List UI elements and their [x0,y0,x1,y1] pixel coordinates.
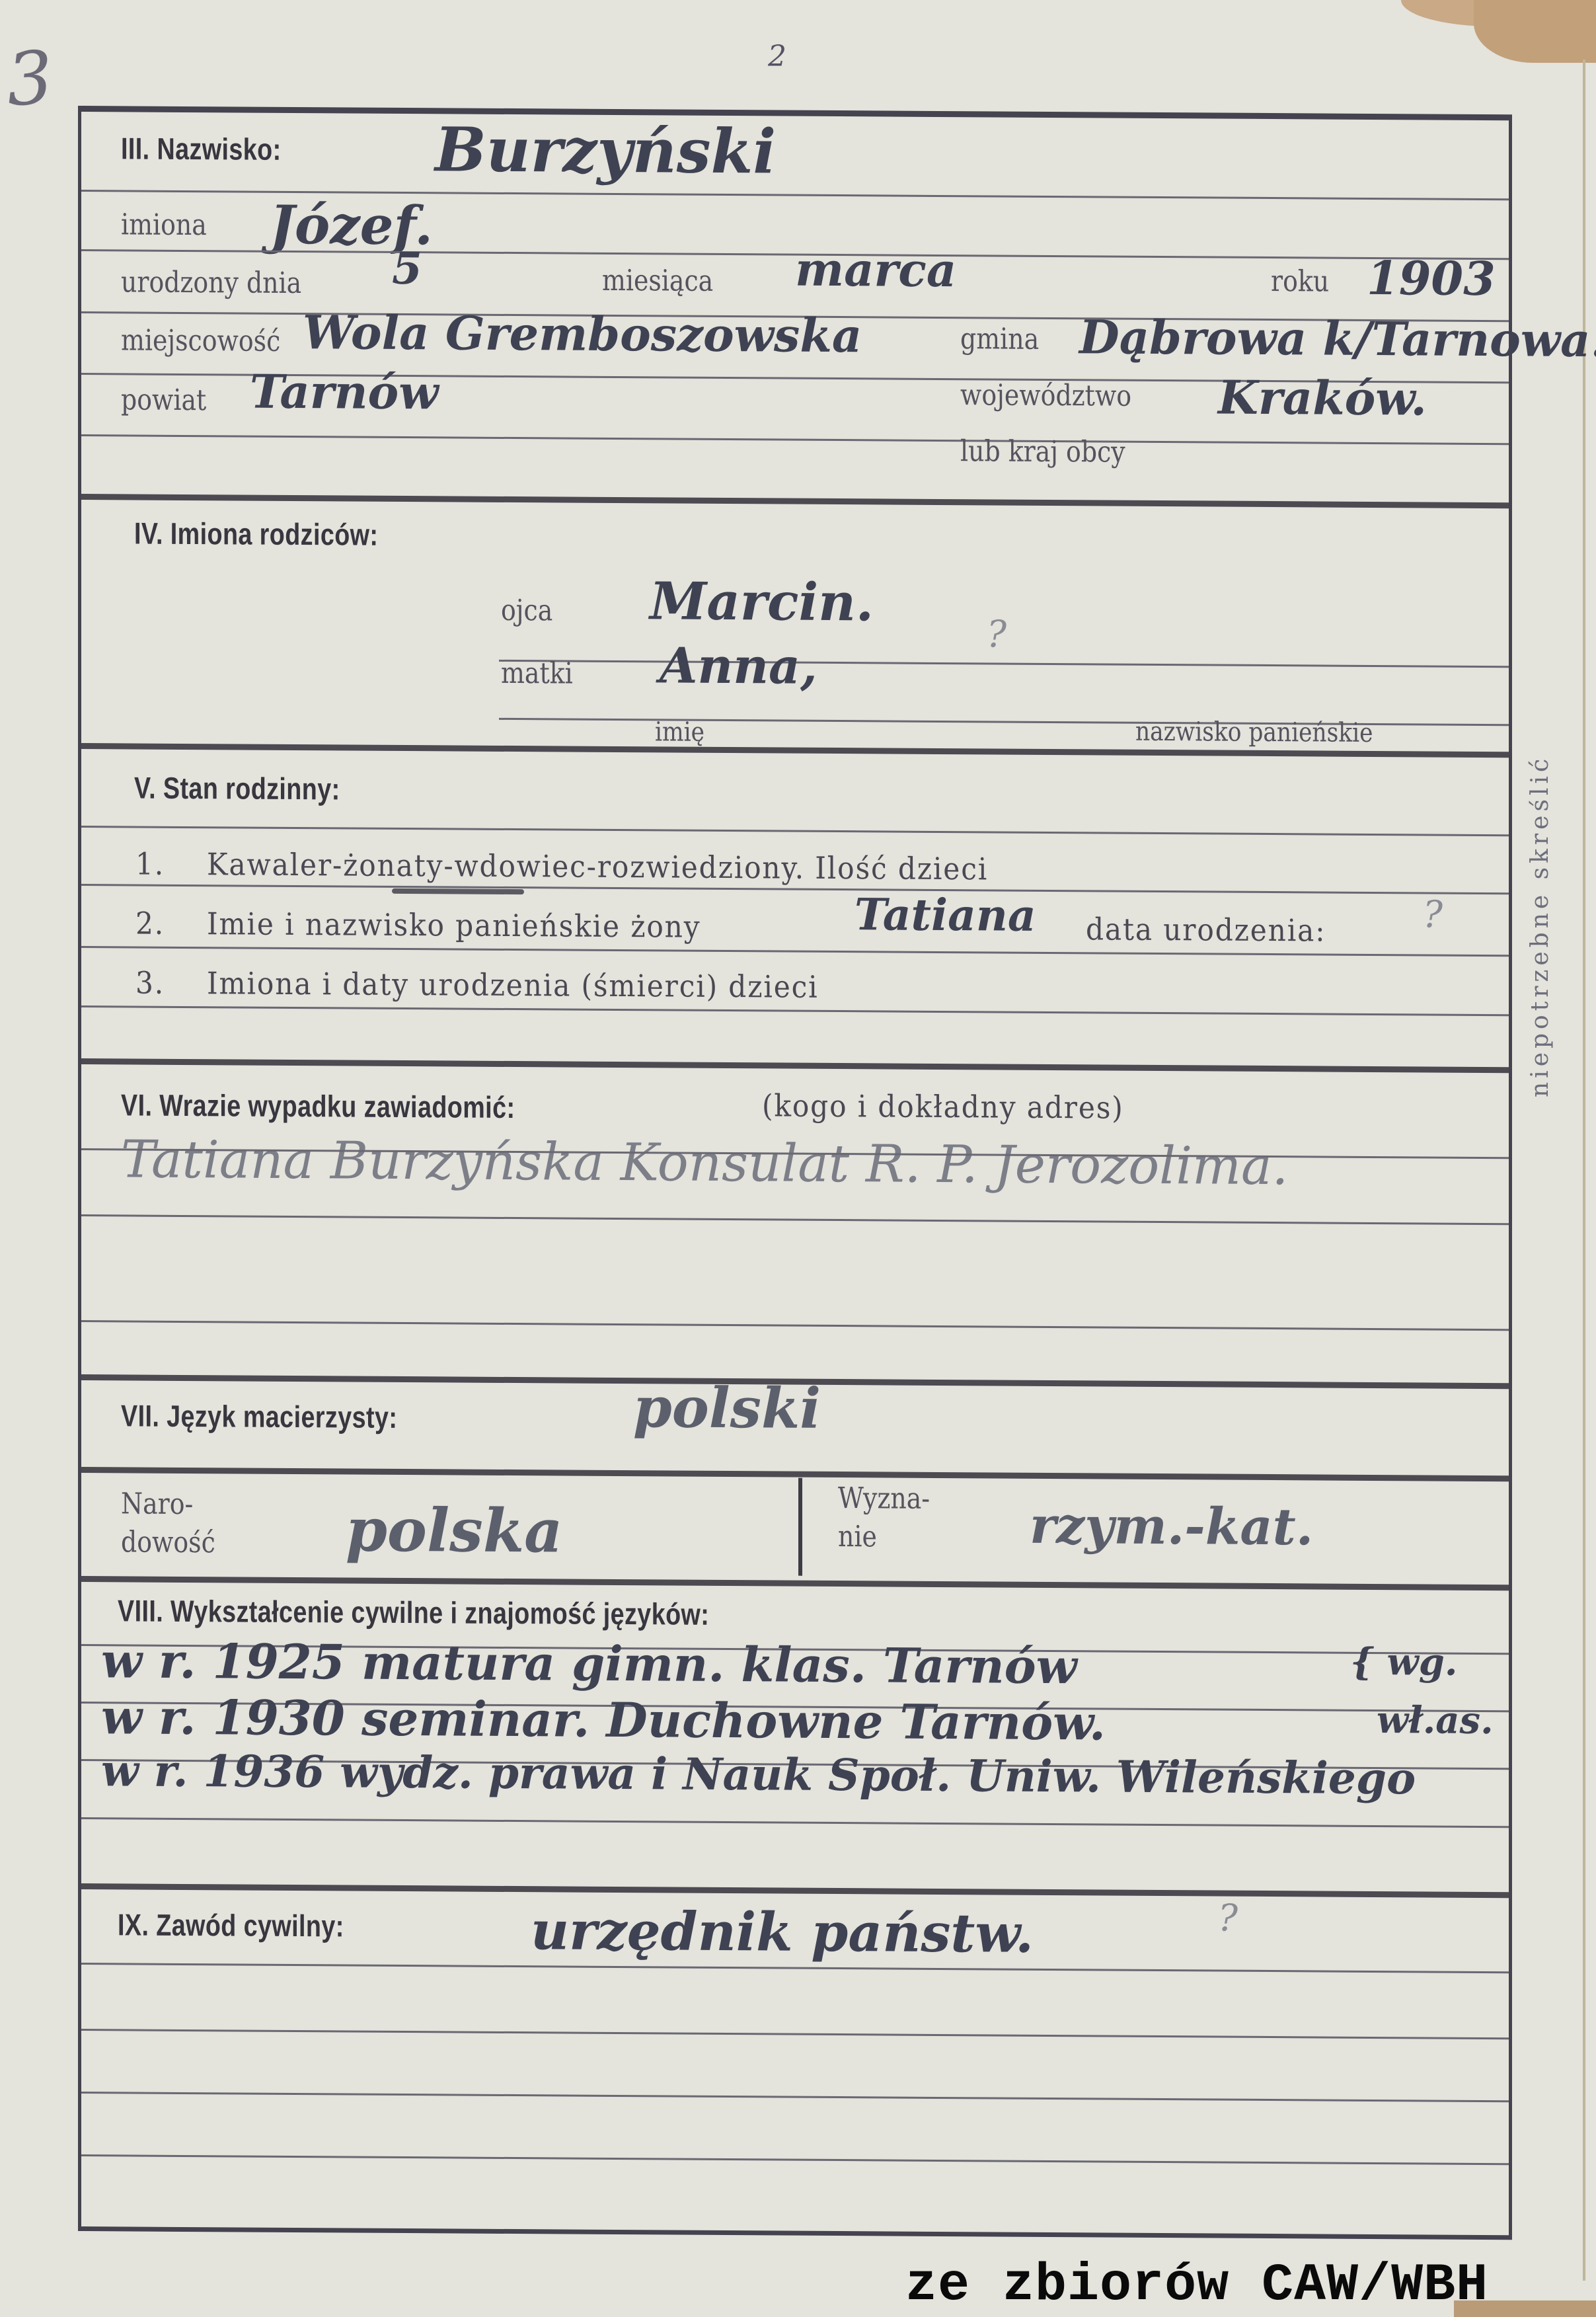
section-v: V. Stan rodzinny: 1. Kawaler-żonaty-wdow… [81,112,1509,120]
mother-value: Anna, [660,637,817,695]
nationality-label-1: Naro- [121,1487,193,1521]
locality-label: miejscowość [121,323,280,358]
selected-status-underline [392,888,524,894]
section-divider [81,494,1509,508]
occupation-value: urzędnik państw. [531,1899,1034,1965]
mother-tongue-value: polski [633,1374,821,1441]
rule [81,1320,1509,1331]
corner-page-number: 3 [4,35,56,123]
section-vii: VII. Język macierzysty: polski Naro- dow… [81,112,1509,120]
born-day-label: urodzony dnia [121,265,301,300]
education-entry: w r. 1930 seminar. Duchowne Tarnów. [101,1688,1106,1750]
maiden-name-caption: nazwisko panieńskie [1135,717,1373,748]
section-vii-heading: VII. Język macierzysty: [121,1397,397,1435]
section-vi-note: (kogo i dokładny adres) [762,1087,1124,1125]
surname-value: Burzyński [435,114,776,187]
section-iii-heading: III. Nazwisko: [121,130,282,167]
religion-value: rzym.-kat. [1030,1496,1313,1557]
mother-maiden-name-value: ? [987,613,1007,656]
spouse-birthdate-label: data urodzenia: [1086,911,1326,948]
wood-background-corner [1474,0,1596,63]
mother-label: matki [501,656,573,691]
occupation-note: ? [1218,1897,1238,1940]
father-value: Marcin. [650,571,874,633]
section-iv: IV. Imiona rodziców: ojca Marcin. matki … [81,112,1509,120]
section-divider [81,1058,1509,1073]
section-ix-heading: IX. Zawód cywilny: [118,1906,344,1944]
commune-label: gmina [960,322,1039,356]
foreign-country-label: lub kraj obcy [960,434,1125,469]
father-label: ojca [501,594,552,627]
rule [81,826,1509,836]
education-entry: w r. 1925 matura gimn. klas. Tarnów [101,1632,1077,1694]
rule [81,2029,1509,2039]
rule [81,1005,1509,1016]
rule [81,1963,1509,1973]
rule [81,434,1509,445]
religion-label-2: nie [838,1520,877,1553]
year-label: roku [1271,264,1329,299]
spouse-birthdate-value: ? [1423,893,1443,936]
section-divider [81,1576,1509,1590]
section-iii: III. Nazwisko: Burzyński imiona Józef. u… [81,112,1509,120]
rule [81,1817,1509,1828]
rule [499,660,1509,668]
section-vi: VI. Wrazie wypadku zawiadomić: (kogo i d… [81,112,1509,120]
section-vi-heading: VI. Wrazie wypadku zawiadomić: [121,1087,515,1125]
rule [81,2092,1509,2102]
emergency-contact-value: Tatiana Burzyńska Konsulat R. P. Jerozol… [121,1130,1288,1197]
county-value: Tarnów [250,364,438,420]
side-note: niepotrzebne skreślić [1527,755,1554,1097]
section-iv-heading: IV. Imiona rodziców: [134,516,378,553]
rule [81,1214,1509,1225]
nationality-label-2: dowość [121,1525,215,1559]
nationality-value: polska [346,1495,563,1566]
commune-value: Dąbrowa k/Tarnowa. [1079,309,1596,368]
voivodeship-label: województwo [960,378,1131,413]
month-label: miesiąca [602,264,713,298]
page-edge [1583,59,1585,2281]
month-value: marca [795,242,956,297]
county-label: powiat [121,383,206,417]
section-viii: VIII. Wykształcenie cywilne i znajomość … [81,112,1509,120]
archive-watermark: ze zbiorów CAW/WBH [905,2256,1488,2316]
section-divider [81,1467,1509,1481]
voivodeship-value: Kraków. [1218,370,1427,426]
languages-note: { wg. [1350,1640,1457,1684]
form-box: III. Nazwisko: Burzyński imiona Józef. u… [78,106,1512,2240]
section-ix: IX. Zawód cywilny: urzędnik państw. ? [81,112,1509,120]
year-value: 1903 [1367,251,1496,306]
section-v-heading: V. Stan rodzinny: [134,770,340,807]
given-name-caption: imię [655,717,704,747]
languages-note: wł.as. [1377,1698,1494,1743]
marital-status-options: Kawaler-żonaty-wdowiec-rozwiedziony. Ilo… [207,846,988,886]
locality-value: Wola Gremboszowska [303,305,862,363]
children-label: Imiona i daty urodzenia (śmierci) dzieci [207,965,819,1005]
education-entry: w r. 1936 wydz. prawa i Nauk Społ. Uniw.… [101,1745,1416,1804]
first-names-label: imiona [121,208,207,242]
page-number: 2 [768,40,786,73]
spouse-name-value: Tatiana [855,888,1036,941]
rule [81,2154,1509,2165]
marital-row-number: 1. [135,846,165,882]
column-divider [798,1478,802,1576]
children-row-number: 3. [135,965,165,1001]
spouse-name-label: Imie i nazwisko panieńskie żony [207,906,701,945]
religion-label-1: Wyzna- [838,1481,930,1516]
section-viii-heading: VIII. Wykształcenie cywilne i znajomość … [118,1592,709,1631]
section-divider [81,1883,1509,1898]
spouse-row-number: 2. [135,906,165,941]
born-day-value: 5 [392,243,422,294]
